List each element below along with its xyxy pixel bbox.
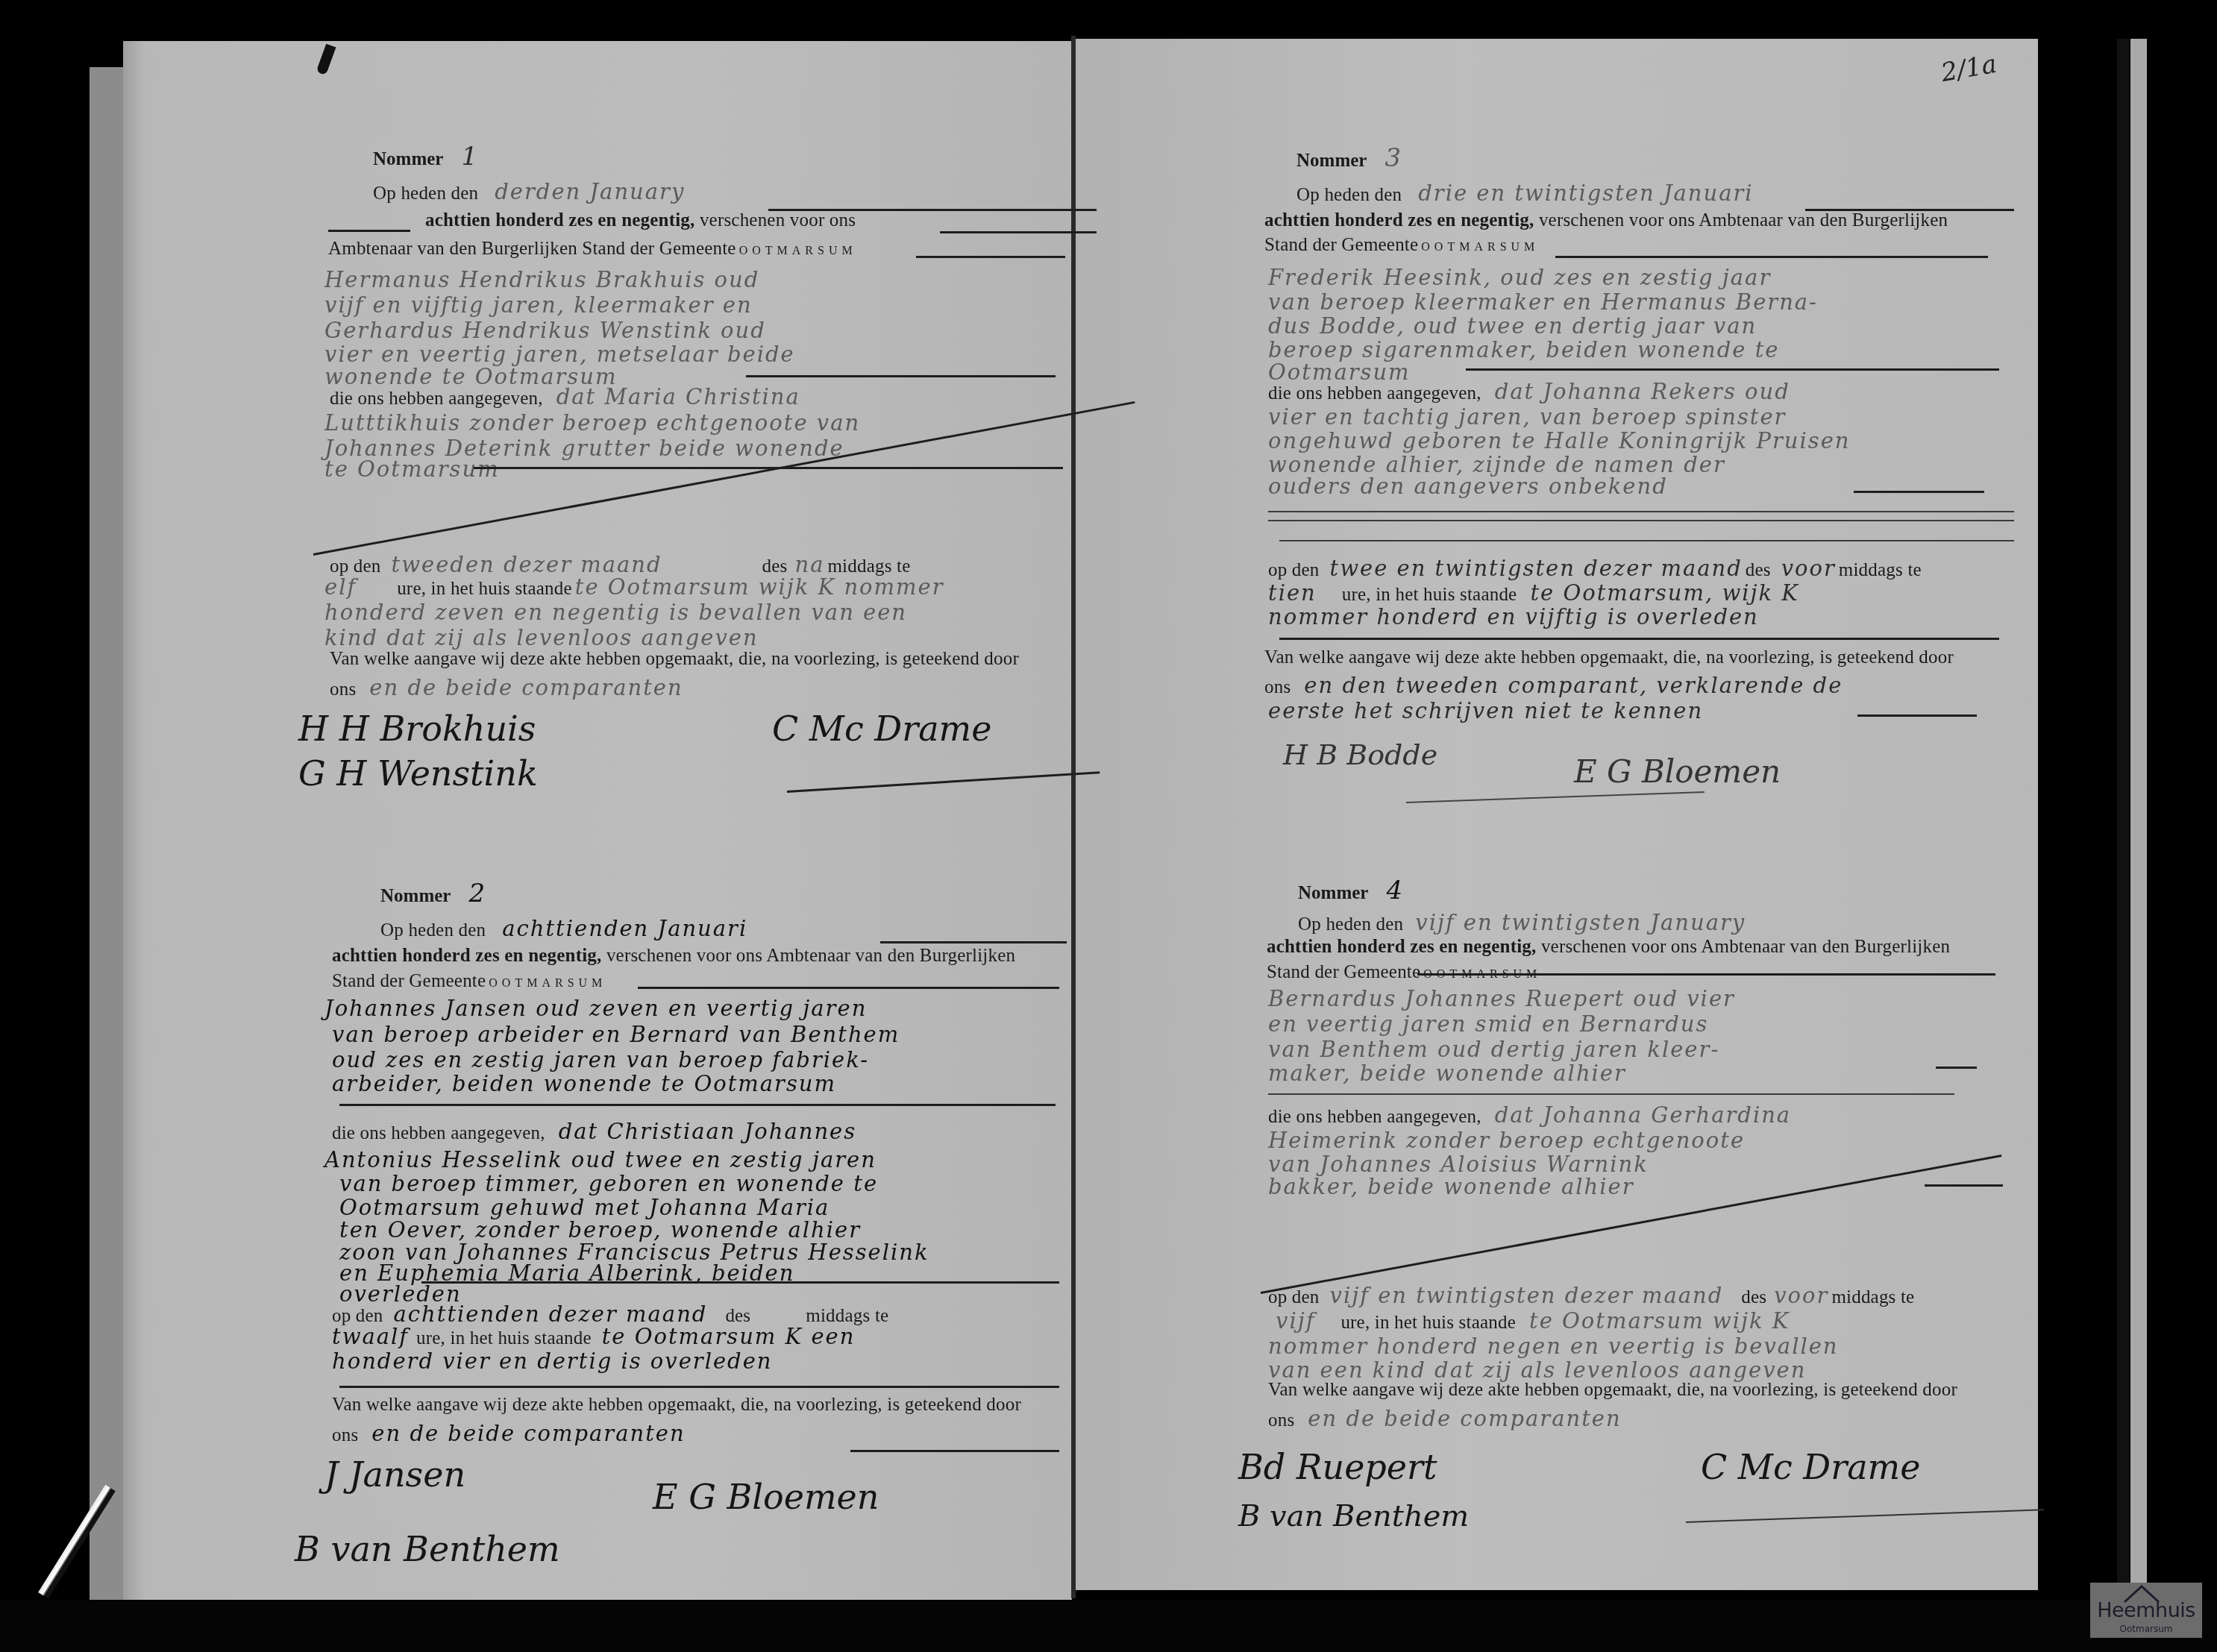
book-left-edge bbox=[90, 67, 125, 1600]
logo-place: Ootmarsum bbox=[2090, 1624, 2202, 1634]
signature: B van Benthem bbox=[1238, 1499, 1469, 1533]
signature: J Jansen bbox=[324, 1454, 465, 1495]
entry-number: 3 bbox=[1385, 143, 1402, 173]
signature: H B Bodde bbox=[1283, 738, 1437, 771]
signature: C Mc Drame bbox=[772, 709, 991, 749]
municipality: OOTMARSUM bbox=[739, 245, 857, 257]
signature: Bd Ruepert bbox=[1238, 1447, 1437, 1487]
date-line: Op heden den derden January bbox=[373, 179, 1104, 204]
signature: H H Brokhuis bbox=[298, 709, 536, 749]
signature: E G Bloemen bbox=[1574, 753, 1781, 790]
book-right-edge bbox=[2130, 39, 2147, 1584]
scan-bottom-edge bbox=[0, 1600, 2217, 1652]
signature: B van Benthem bbox=[295, 1529, 560, 1569]
entry-number: 1 bbox=[461, 142, 479, 172]
heemhuis-logo: Heemhuis Ootmarsum bbox=[2090, 1583, 2202, 1638]
book-right-binding bbox=[2117, 39, 2129, 1584]
entry-number: 4 bbox=[1386, 876, 1404, 905]
signature: E G Bloemen bbox=[653, 1477, 879, 1517]
date-handwritten: derden January bbox=[495, 179, 685, 204]
entry-number: 2 bbox=[468, 879, 486, 908]
nommer-line: Nommer1 bbox=[373, 142, 1104, 172]
signature: C Mc Drame bbox=[1701, 1447, 1920, 1487]
nommer-label: Nommer bbox=[373, 149, 443, 169]
logo-name: Heemhuis bbox=[2090, 1599, 2202, 1622]
signature: G H Wenstink bbox=[298, 753, 538, 794]
